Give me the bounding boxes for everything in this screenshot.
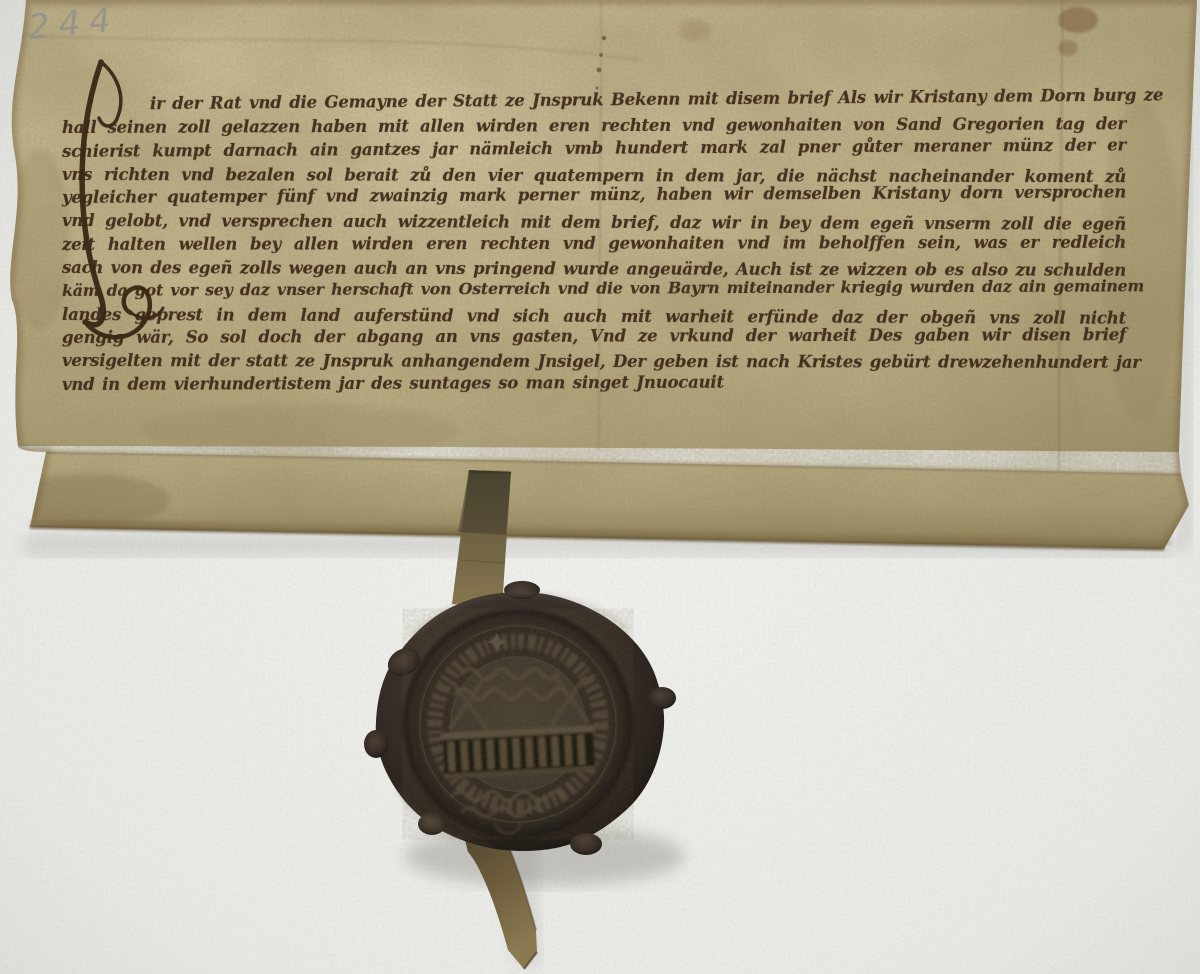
text-line: zeit halten wellen bey allen wirden eren… [62,231,1126,257]
text-line: käm da got vor sey daz vnser herschaft v… [62,275,1126,303]
archival-number: 244 [26,0,121,48]
manuscript-text-block: ir der Rat vnd die Gemayne der Statt ze … [62,93,1126,396]
text-line: yegleicher quatemper fünf vnd zwainzig m… [62,181,1126,210]
photograph-of-charter: 244 ir der Rat vnd die Gemayne der Statt… [0,0,1200,974]
text-line: vnd in dem vierhundertistem jar des sunt… [62,369,1126,396]
text-line: gengig wär, So sol doch der abgang an vn… [62,323,1126,349]
